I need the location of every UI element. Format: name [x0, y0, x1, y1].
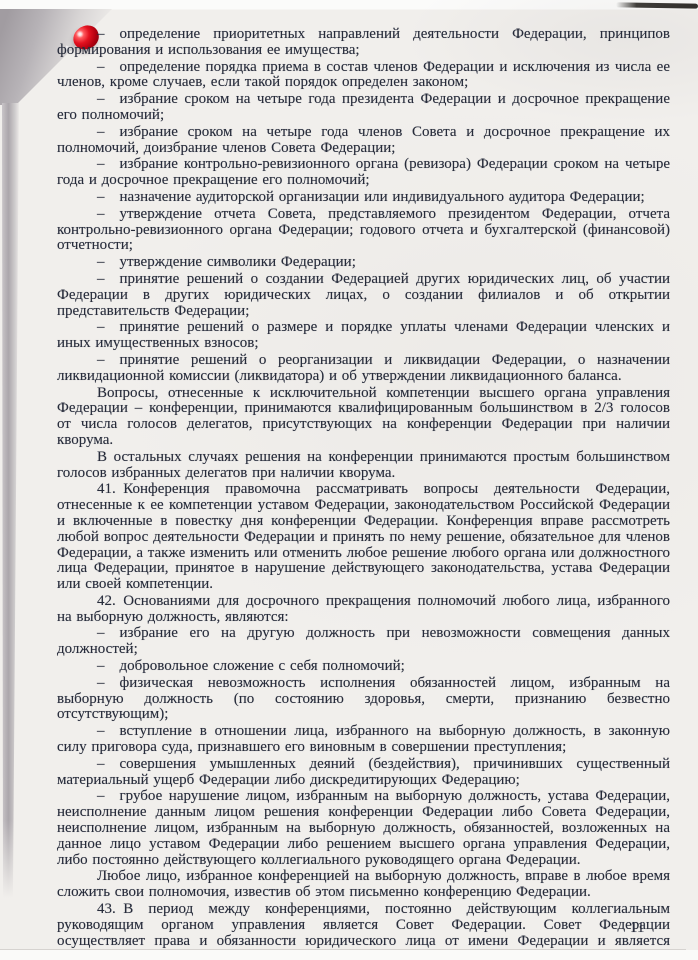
page-number: 11 [630, 920, 644, 937]
doc-paragraph: – избрание контрольно-ревизионного орган… [57, 157, 670, 189]
doc-paragraph: – избрание сроком на четыре года президе… [57, 92, 670, 124]
doc-paragraph: – принятие решений о создании Федерацией… [57, 272, 670, 319]
edge-shadow-fade [0, 820, 26, 912]
doc-paragraph: Вопросы, отнесенные к исключительной ком… [57, 386, 670, 449]
doc-paragraph: В остальных случаях решения на конференц… [57, 450, 670, 482]
document-text-block: – определение приоритетных направлений д… [57, 27, 670, 960]
doc-paragraph: – принятие решений о размере и порядке у… [57, 320, 670, 352]
doc-paragraph: – избрание сроком на четыре года членов … [57, 125, 670, 157]
doc-paragraph: – принятие решений о реорганизации и лик… [57, 353, 670, 385]
doc-paragraph: – физическая невозможность исполнения об… [57, 676, 670, 723]
doc-paragraph: 42. Основаниями для досрочного прекращен… [57, 594, 670, 626]
doc-paragraph: – совершения умышленных деяний (бездейст… [57, 757, 670, 789]
doc-paragraph: – назначение аудиторской организации или… [57, 190, 670, 206]
left-edge-shadow [2, 103, 19, 903]
doc-paragraph: – грубое нарушение лицом, избранным на в… [57, 789, 670, 868]
doc-paragraph: – избрание его на другую должность при н… [57, 626, 670, 658]
scanner-bottom-strip [0, 950, 698, 960]
scanned-document-page: – определение приоритетных направлений д… [0, 0, 698, 960]
doc-paragraph: – вступление в отношении лица, избранног… [57, 724, 670, 756]
doc-paragraph: Любое лицо, избранное конференцией на вы… [57, 869, 670, 901]
doc-paragraph: – утверждение отчета Совета, представляе… [57, 207, 670, 254]
doc-paragraph: – определение порядка приема в состав чл… [57, 60, 670, 92]
doc-paragraph: – определение приоритетных направлений д… [57, 27, 670, 59]
doc-paragraph: 41. Конференция правомочна рассматривать… [57, 482, 670, 593]
doc-paragraph: – добровольное сложение с себя полномочи… [57, 659, 670, 675]
doc-paragraph: – утверждение символики Федерации; [57, 255, 670, 271]
scan-artifact-mark [616, 2, 698, 8]
